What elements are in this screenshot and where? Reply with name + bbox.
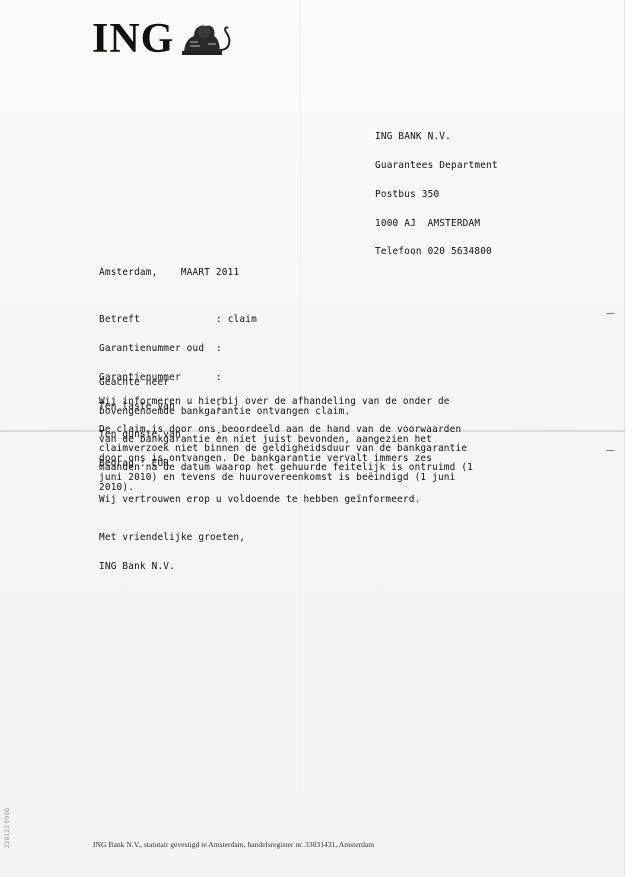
reference-sep: : — [216, 344, 222, 354]
fold-mark — [607, 313, 614, 314]
reference-label: Betreft — [99, 315, 216, 325]
reference-row: Garantienummer oud: — [99, 344, 257, 354]
signature: ING Bank N.V. — [99, 562, 245, 572]
footer-legal: ING Bank N.V., statutair gevestigd te Am… — [93, 840, 374, 849]
address-line: Postbus 350 — [375, 190, 498, 200]
date-place: Amsterdam, — [99, 267, 157, 278]
address-line: ING BANK N.V. — [375, 132, 498, 142]
salutation: Geachte heer — [99, 378, 169, 388]
ing-logo: ING — [92, 18, 234, 60]
fold-mark — [607, 450, 614, 451]
address-line: 1000 AJ AMSTERDAM — [375, 219, 498, 229]
body-paragraph: Wij informeren u hierbij over de afhande… — [99, 397, 450, 416]
body-paragraph: Wij vertrouwen erop u voldoende te hebbe… — [99, 495, 420, 505]
address-line: Telefoon 020 5634800 — [375, 247, 498, 257]
logo-text: ING — [92, 18, 174, 60]
lion-icon — [178, 20, 234, 58]
reference-row: Betreft: claim — [99, 315, 257, 325]
address-line: Guarantees Department — [375, 161, 498, 171]
date-value: MAART 2011 — [181, 267, 239, 278]
closing-greeting: Met vriendelijke groeten, — [99, 533, 245, 543]
date-line: Amsterdam, MAART 2011 — [99, 268, 239, 278]
reference-label: Garantienummer oud — [99, 344, 216, 354]
sender-address: ING BANK N.V. Guarantees Department Post… — [375, 113, 498, 267]
closing-block: Met vriendelijke groeten, ING Bank N.V. — [99, 514, 245, 581]
reference-sep: : — [216, 373, 222, 383]
reference-value: claim — [228, 315, 257, 325]
document-code: 228122 0908 — [4, 808, 11, 848]
body-paragraph: De claim is door ons beoordeeld aan de h… — [99, 425, 473, 492]
page-edge — [624, 0, 637, 877]
reference-sep: : — [216, 315, 228, 325]
